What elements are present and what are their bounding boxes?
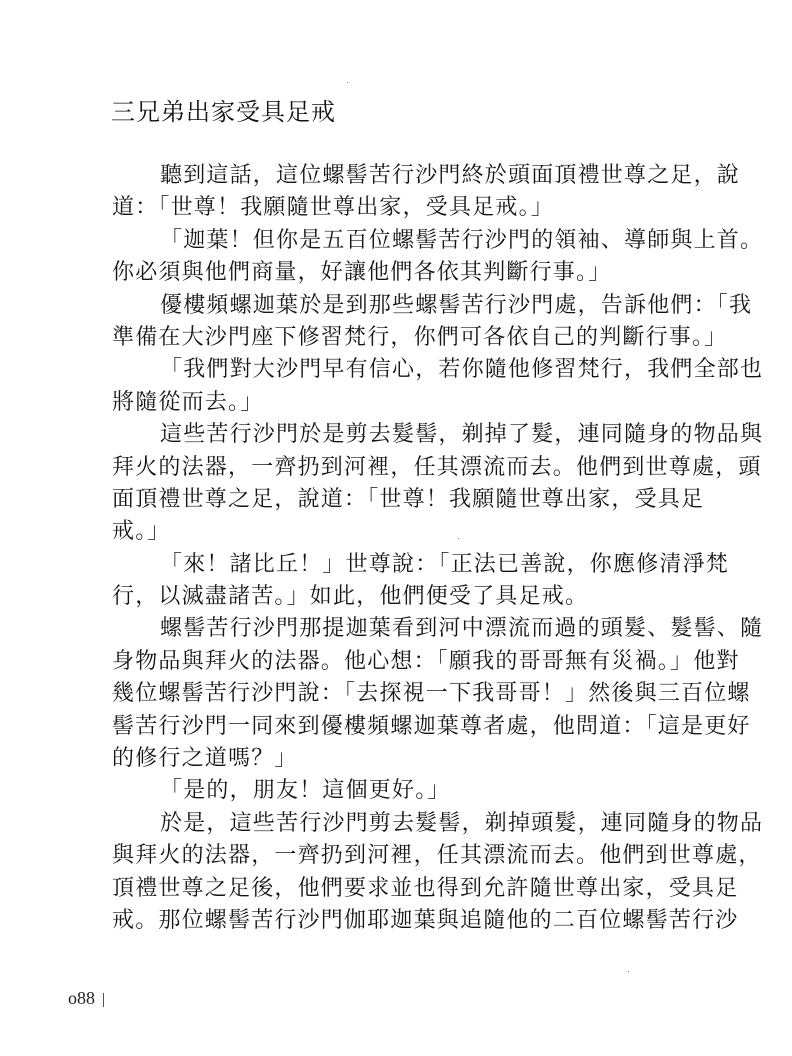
- text-line: 這些苦行沙門於是剪去髮髻，剃掉了髮，連同隨身的物品與: [112, 419, 716, 451]
- page-number-divider: [103, 993, 104, 1007]
- section-title: 三兄弟出家受具足戒: [111, 92, 336, 127]
- text-line: 「是的，朋友！這個更好。」: [112, 775, 716, 807]
- text-line: 道：「世尊！我願隨世尊出家，受具足戒。」: [112, 192, 716, 224]
- text-line: 拜火的法器，一齊扔到河裡，任其漂流而去。他們到世尊處，頭: [112, 452, 716, 484]
- text-line: 「來！諸比丘！」世尊說：「正法已善說，你應修清淨梵: [112, 549, 716, 581]
- text-line: 行，以滅盡諸苦。」如此，他們便受了具足戒。: [112, 581, 716, 613]
- text-line: 你必須與他們商量，好讓他們各依其判斷行事。」: [112, 257, 716, 289]
- text-line: 準備在大沙門座下修習梵行，你們可各依自己的判斷行事。」: [112, 322, 716, 354]
- page-number: o88: [68, 988, 95, 1009]
- text-line: 與拜火的法器，一齊扔到河裡，任其漂流而去。他們到世尊處，: [112, 840, 716, 872]
- text-line: 「迦葉！但你是五百位螺髻苦行沙門的領袖、導師與上首。: [112, 225, 716, 257]
- text-line: 於是，這些苦行沙門剪去髮髻，剃掉頭髮，連同隨身的物品: [112, 808, 716, 840]
- text-line: 螺髻苦行沙門那提迦葉看到河中漂流而過的頭髮、髮髻、隨: [112, 613, 716, 645]
- text-line: 髻苦行沙門一同來到優樓頻螺迦葉尊者處，他問道：「這是更好: [112, 711, 716, 743]
- text-line: 的修行之道嗎？」: [112, 743, 716, 775]
- scan-speck: [628, 971, 629, 972]
- text-line: 「我們對大沙門早有信心，若你隨他修習梵行，我們全部也: [112, 354, 716, 386]
- book-page: 三兄弟出家受具足戒 聽到這話，這位螺髻苦行沙門終於頭面頂禮世尊之足，說道：「世尊…: [0, 0, 792, 1056]
- text-line: 幾位螺髻苦行沙門說：「去探視一下我哥哥！」然後與三百位螺: [112, 678, 716, 710]
- text-line: 身物品與拜火的法器。他心想：「願我的哥哥無有災禍。」他對: [112, 646, 716, 678]
- scan-speck: [347, 82, 348, 83]
- text-line: 戒。那位螺髻苦行沙門伽耶迦葉與追隨他的二百位螺髻苦行沙: [112, 905, 716, 937]
- body-text: 聽到這話，這位螺髻苦行沙門終於頭面頂禮世尊之足，說道：「世尊！我願隨世尊出家，受…: [112, 160, 716, 937]
- text-line: 頂禮世尊之足後，他們要求並也得到允許隨世尊出家，受具足: [112, 873, 716, 905]
- text-line: 將隨從而去。」: [112, 387, 716, 419]
- text-line: 面頂禮世尊之足，說道：「世尊！我願隨世尊出家，受具足: [112, 484, 716, 516]
- text-line: 戒。」: [112, 516, 716, 548]
- text-line: 優樓頻螺迦葉於是到那些螺髻苦行沙門處，告訴他們：「我: [112, 290, 716, 322]
- text-line: 聽到這話，這位螺髻苦行沙門終於頭面頂禮世尊之足，說: [112, 160, 716, 192]
